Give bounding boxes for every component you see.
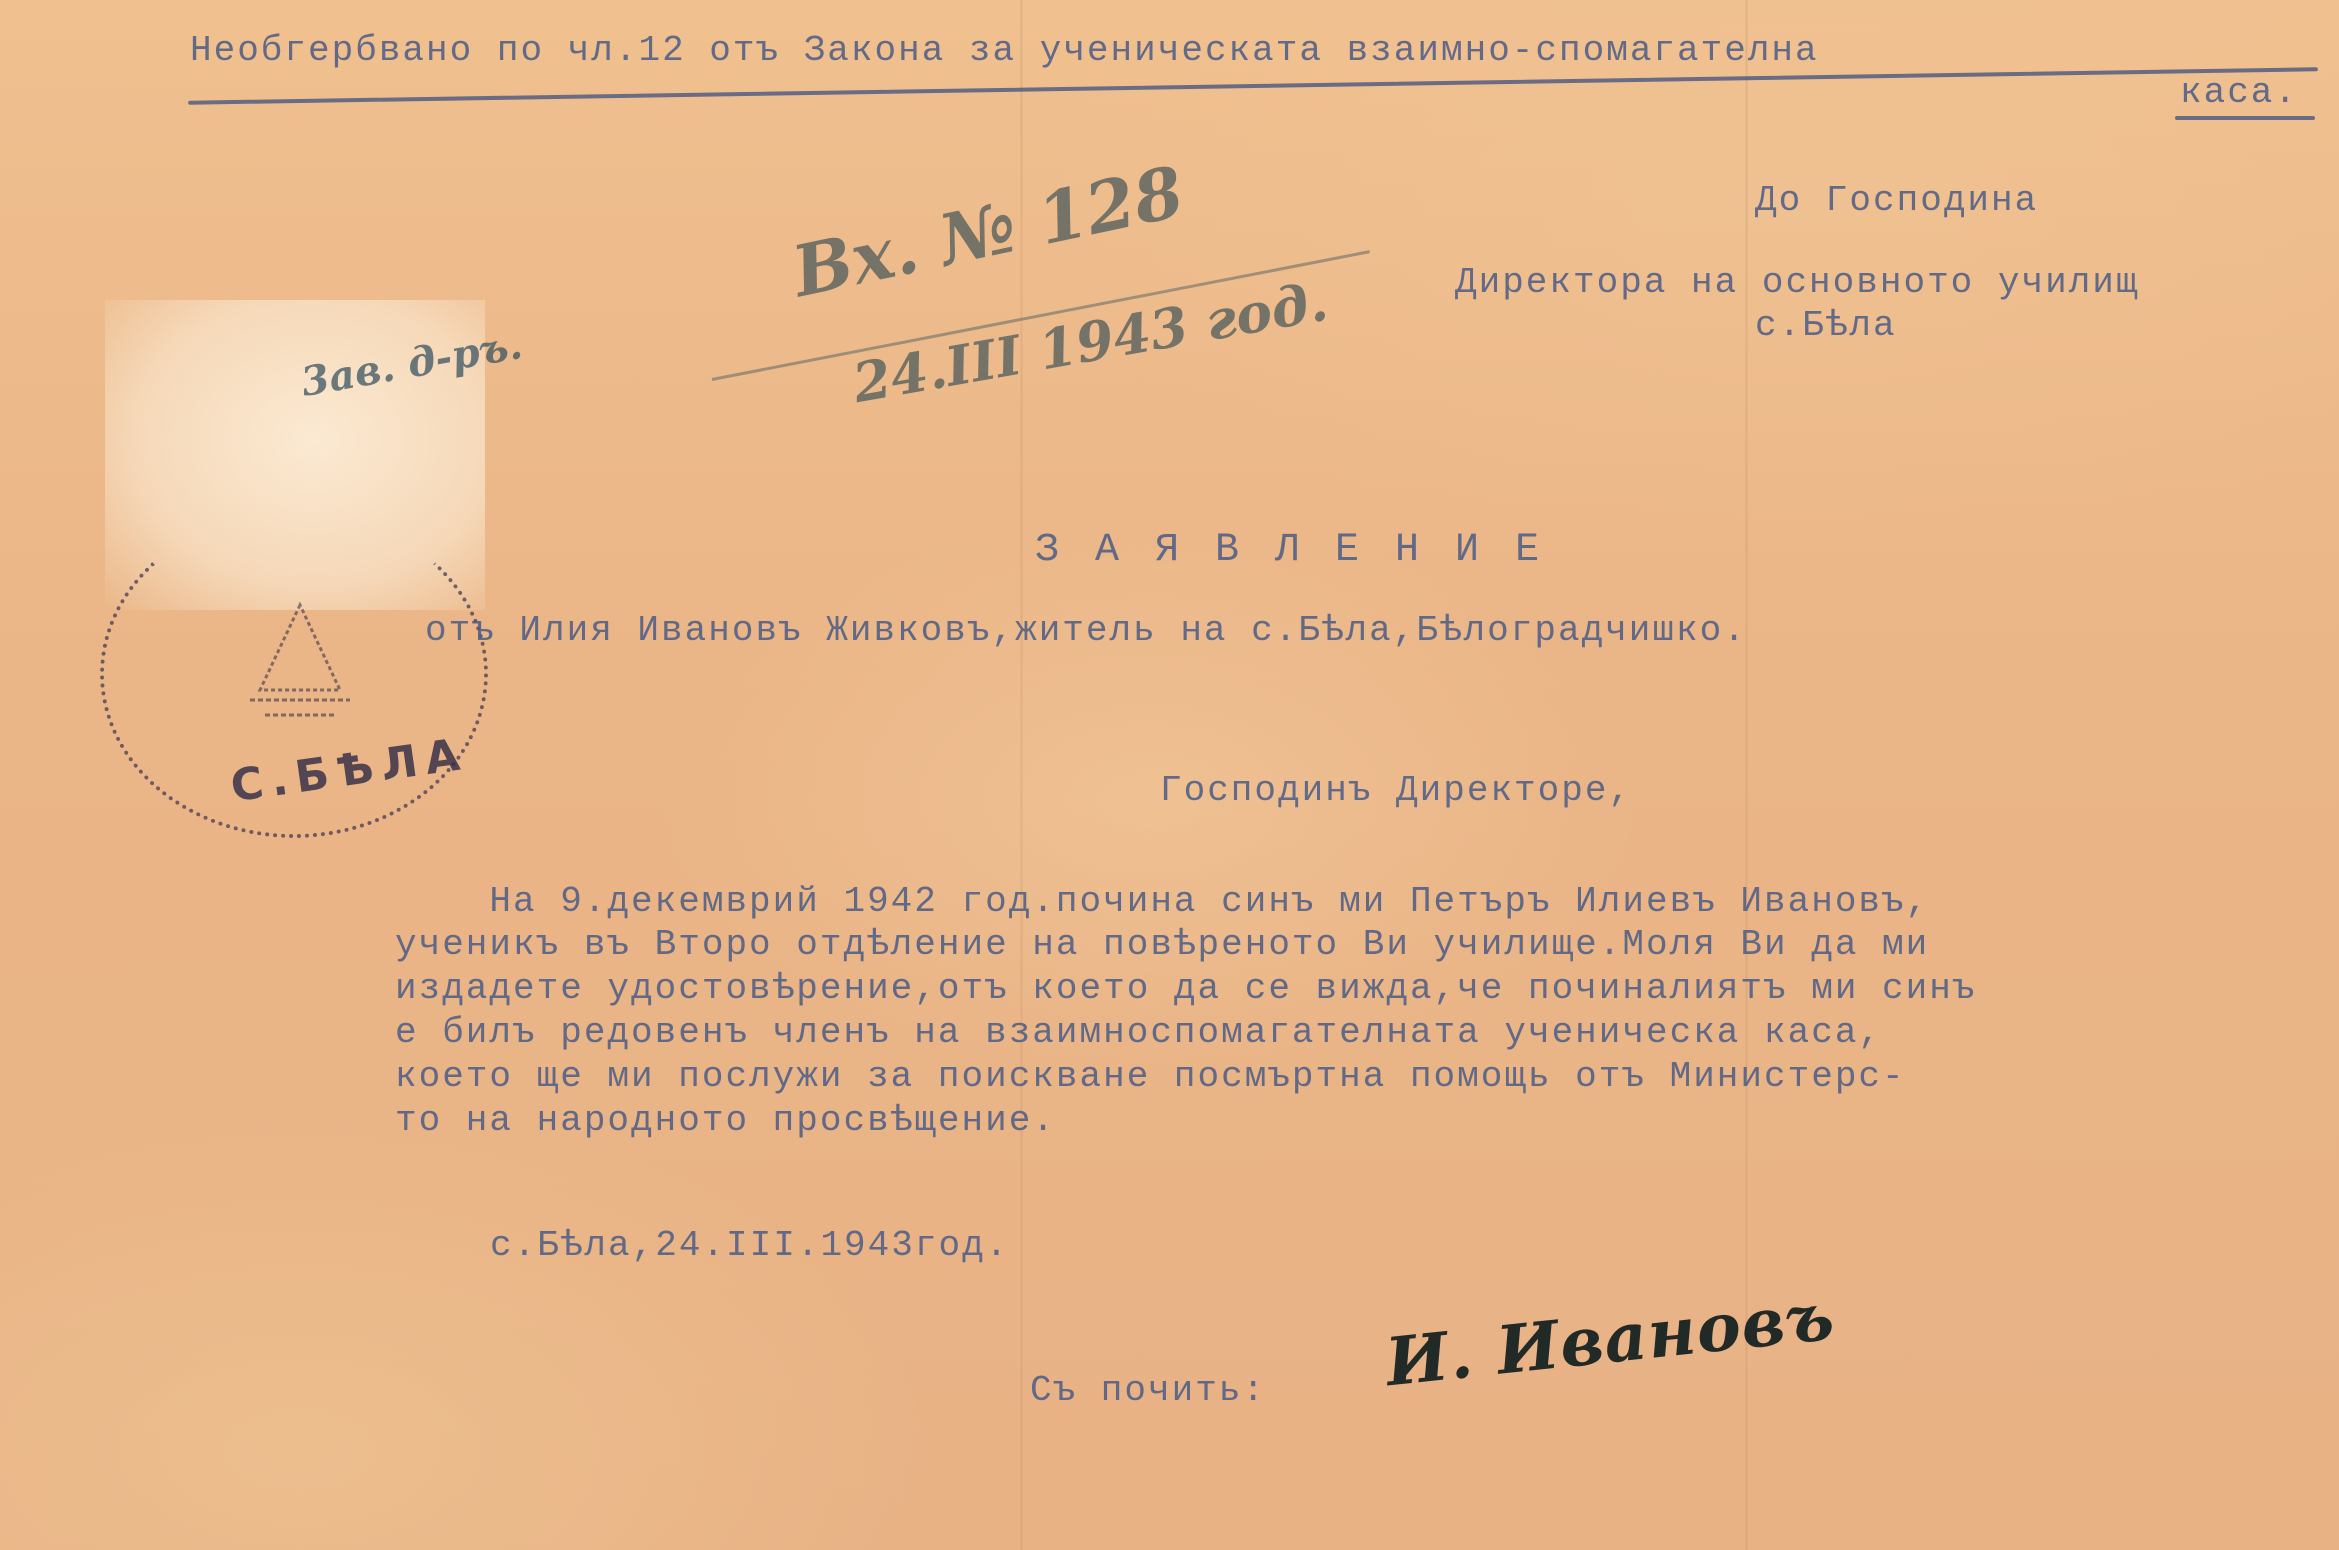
body-line: което ще ми послужи за поискване посмърт…: [395, 1056, 1906, 1097]
body-line: е билъ редовенъ членъ на взаимноспомагат…: [395, 1012, 1882, 1053]
addressee-line2: Директора на основното училищ: [1455, 262, 2140, 303]
header-underline: [188, 67, 2318, 104]
from-line: отъ Илия Ивановъ Живковъ,житель на с.Бѣл…: [425, 610, 1747, 651]
handwritten-signature: И. Ивановъ: [1382, 1277, 1838, 1402]
header-underline-2: [2175, 116, 2315, 120]
place-date: с.Бѣла,24.III.1943год.: [490, 1225, 1009, 1266]
body-line: то на народното просвѣщение.: [395, 1100, 1056, 1141]
registry-date: 24.III 1943 год.: [848, 269, 1332, 415]
document-page: Необгербвано по чл.12 отъ Закона за учен…: [0, 0, 2339, 1550]
header-notice-line2: каса.: [2180, 72, 2298, 113]
body-line: ученикъ въ Второ отдѣление на повѣреното…: [395, 924, 1929, 965]
registry-number: Вх. № 128: [786, 150, 1191, 314]
body-line: На 9.декемврий 1942 год.почина синъ ми П…: [395, 880, 1929, 924]
header-notice-line1: Необгербвано по чл.12 отъ Закона за учен…: [190, 30, 1819, 71]
salutation: Господинъ Директоре,: [1160, 770, 1632, 811]
addressee-line1: До Господина: [1755, 180, 2038, 221]
closing-text: Съ почить:: [1030, 1370, 1266, 1411]
addressee-line3: с.Бѣла: [1755, 305, 1897, 346]
document-title: З А Я В Л Е Н И Е: [1035, 528, 1545, 573]
body-line: издадете удостовѣрение,отъ което да се в…: [395, 968, 1976, 1009]
seal-emblem-icon: [240, 600, 360, 730]
